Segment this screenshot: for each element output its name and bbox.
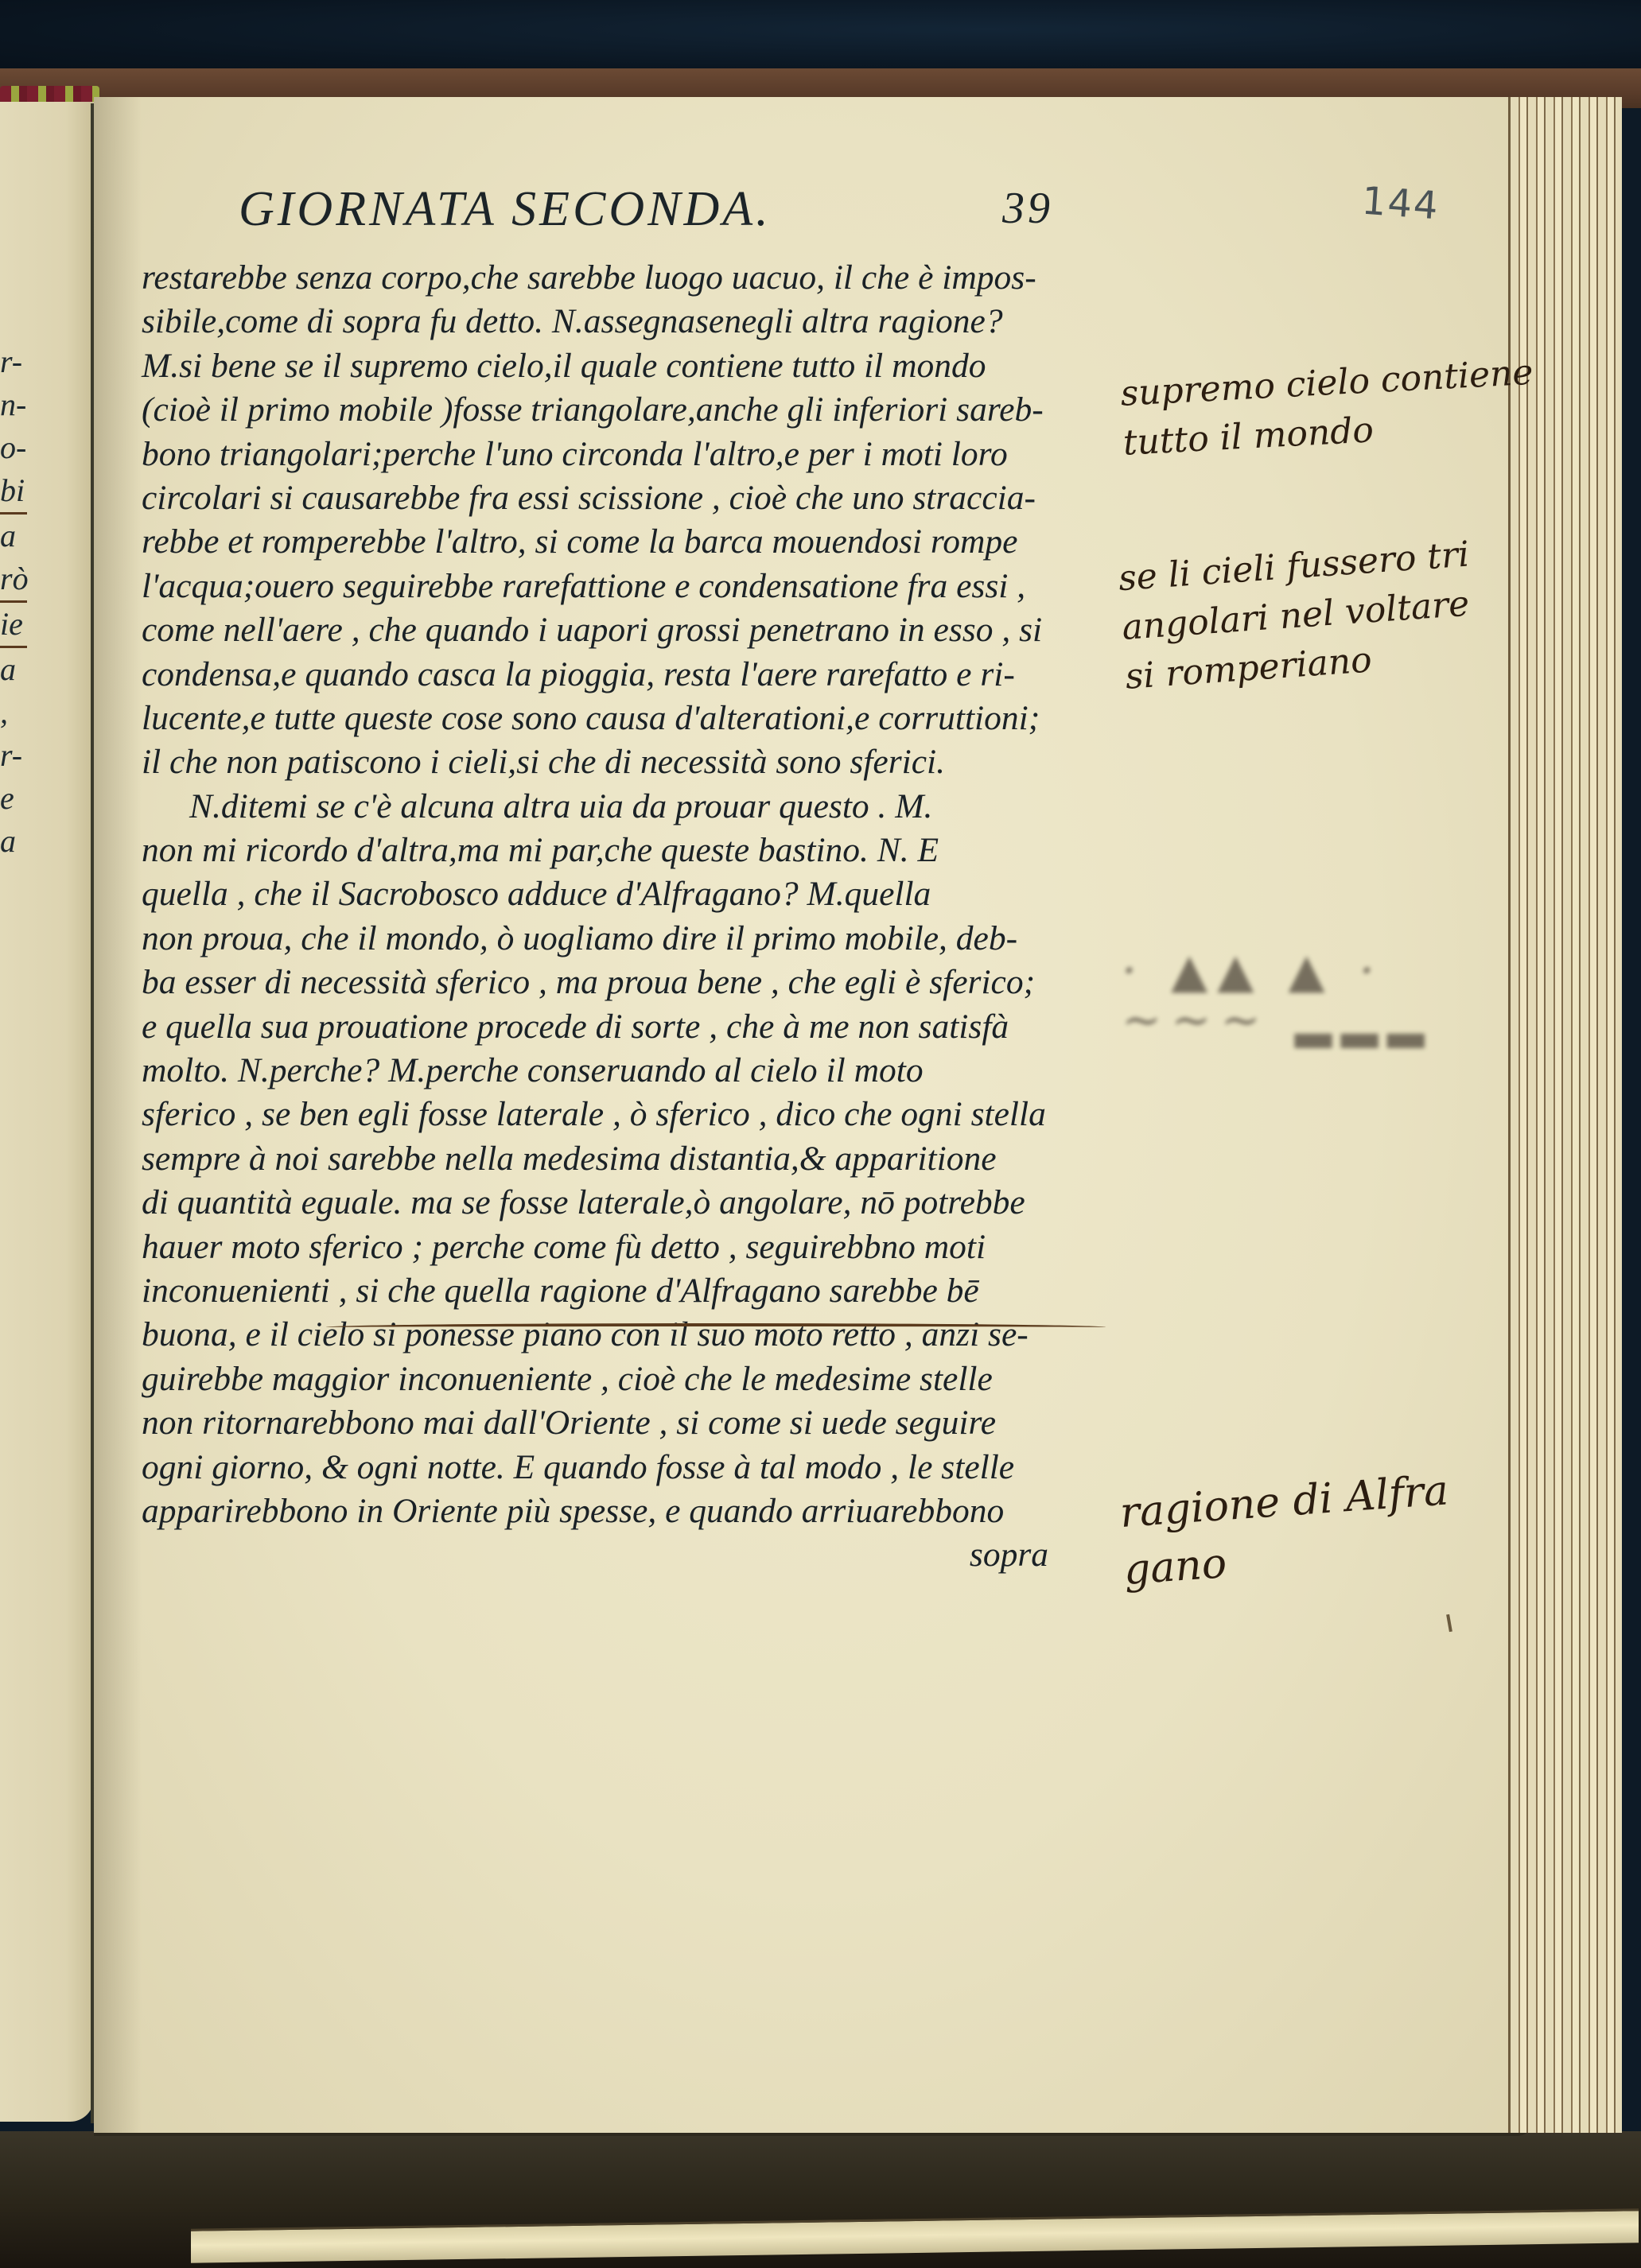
- catchword: sopra: [142, 1533, 1144, 1577]
- text-line: e quella sua prouatione procede di sorte…: [142, 1005, 1144, 1049]
- page-number: 39: [1002, 183, 1053, 234]
- fragment: r-: [0, 340, 32, 383]
- fragment: e: [0, 777, 32, 820]
- text-line: sibile,come di sopra fu detto. N.assegna…: [142, 300, 1144, 344]
- text-line: inconuenienti , si che quella ragione d'…: [142, 1269, 1144, 1313]
- running-title: GIORNATA SECONDA.: [239, 181, 772, 238]
- text-line: l'acqua;ouero seguirebbe rarefattione e …: [142, 565, 1144, 608]
- fragment: rò: [0, 557, 27, 603]
- fragment: a: [0, 648, 32, 691]
- text-line: non ritornarebbono mai dall'Oriente , si…: [142, 1401, 1144, 1445]
- fragment: ,: [0, 691, 32, 734]
- marginal-note-supremo-cielo: supremo cielo contiene tutto il mondo: [1119, 349, 1514, 468]
- fragment: a: [0, 515, 32, 557]
- ink-underline: [326, 1323, 1106, 1331]
- text-line: condensa,e quando casca la pioggia, rest…: [142, 653, 1144, 697]
- text-line: il che non patiscono i cieli,si che di n…: [142, 740, 1144, 784]
- fragment: n-: [0, 383, 32, 426]
- background-cloth: [0, 0, 1641, 73]
- text-line: di quantità eguale. ma se fosse laterale…: [142, 1181, 1144, 1225]
- text-line: sferico , se ben egli fosse laterale , ò…: [142, 1093, 1144, 1136]
- text-line: molto. N.perche? M.perche conseruando al…: [142, 1049, 1144, 1093]
- marginal-note-smudged: · ▲▲ ▲ · ~~~ ▂▂▂: [1122, 946, 1511, 1045]
- text-line: rebbe et romperebbe l'altro, si come la …: [142, 520, 1144, 564]
- body-text: restarebbe senza corpo,che sarebbe luogo…: [142, 256, 1144, 1578]
- text-line: non mi ricordo d'altra,ma mi par,che que…: [142, 829, 1144, 872]
- text-line: apparirebbono in Oriente più spesse, e q…: [142, 1489, 1144, 1533]
- fragment: a: [0, 820, 32, 863]
- text-line: ogni giorno, & ogni notte. E quando foss…: [142, 1446, 1144, 1489]
- text-line: ba esser di necessità sferico , ma proua…: [142, 961, 1144, 1004]
- text-line: N.ditemi se c'è alcuna altra uia da prou…: [142, 785, 1144, 829]
- text-line: lucente,e tutte queste cose sono causa d…: [142, 697, 1144, 740]
- text-line: quella , che il Sacrobosco adduce d'Alfr…: [142, 872, 1144, 916]
- text-line: guirebbe maggior inconueniente , cioè ch…: [142, 1357, 1144, 1401]
- fragment: r-: [0, 734, 32, 777]
- left-page-text-fragments: r- n- o- bi a rò ie a , r- e a: [0, 340, 32, 863]
- note-line: · ▲▲ ▲ ·: [1122, 946, 1511, 996]
- text-line: sempre à noi sarebbe nella medesima dist…: [142, 1137, 1144, 1181]
- text-line: hauer moto sferico ; perche come fù dett…: [142, 1225, 1144, 1269]
- pencil-folio-number: 144: [1360, 179, 1441, 229]
- text-line: buona, e il cielo si ponesse piano con i…: [142, 1313, 1144, 1357]
- text-line: (cioè il primo mobile )fosse triangolare…: [142, 388, 1144, 432]
- fore-edge-pages: [1508, 97, 1622, 2133]
- text-line: come nell'aere , che quando i uapori gro…: [142, 608, 1144, 652]
- headband: [0, 86, 99, 103]
- page-header: GIORNATA SECONDA. 39: [239, 175, 1082, 247]
- text-line: restarebbe senza corpo,che sarebbe luogo…: [142, 256, 1144, 300]
- text-line: non proua, che il mondo, ò uogliamo dire…: [142, 917, 1144, 961]
- marginal-note-cieli-angolari: se li cieli fussero tri angolari nel vol…: [1117, 527, 1516, 702]
- note-line: ~~~ ▂▂▂: [1122, 996, 1511, 1045]
- text-line: bono triangolari;perche l'uno circonda l…: [142, 433, 1144, 476]
- left-page: r- n- o- bi a rò ie a , r- e a: [0, 102, 94, 2122]
- fragment: o-: [0, 426, 32, 469]
- fragment: bi: [0, 469, 27, 515]
- fragment: ie: [0, 603, 27, 648]
- text-line: M.si bene se il supremo cielo,il quale c…: [142, 344, 1144, 388]
- text-line: circolari si causarebbe fra essi scissio…: [142, 476, 1144, 520]
